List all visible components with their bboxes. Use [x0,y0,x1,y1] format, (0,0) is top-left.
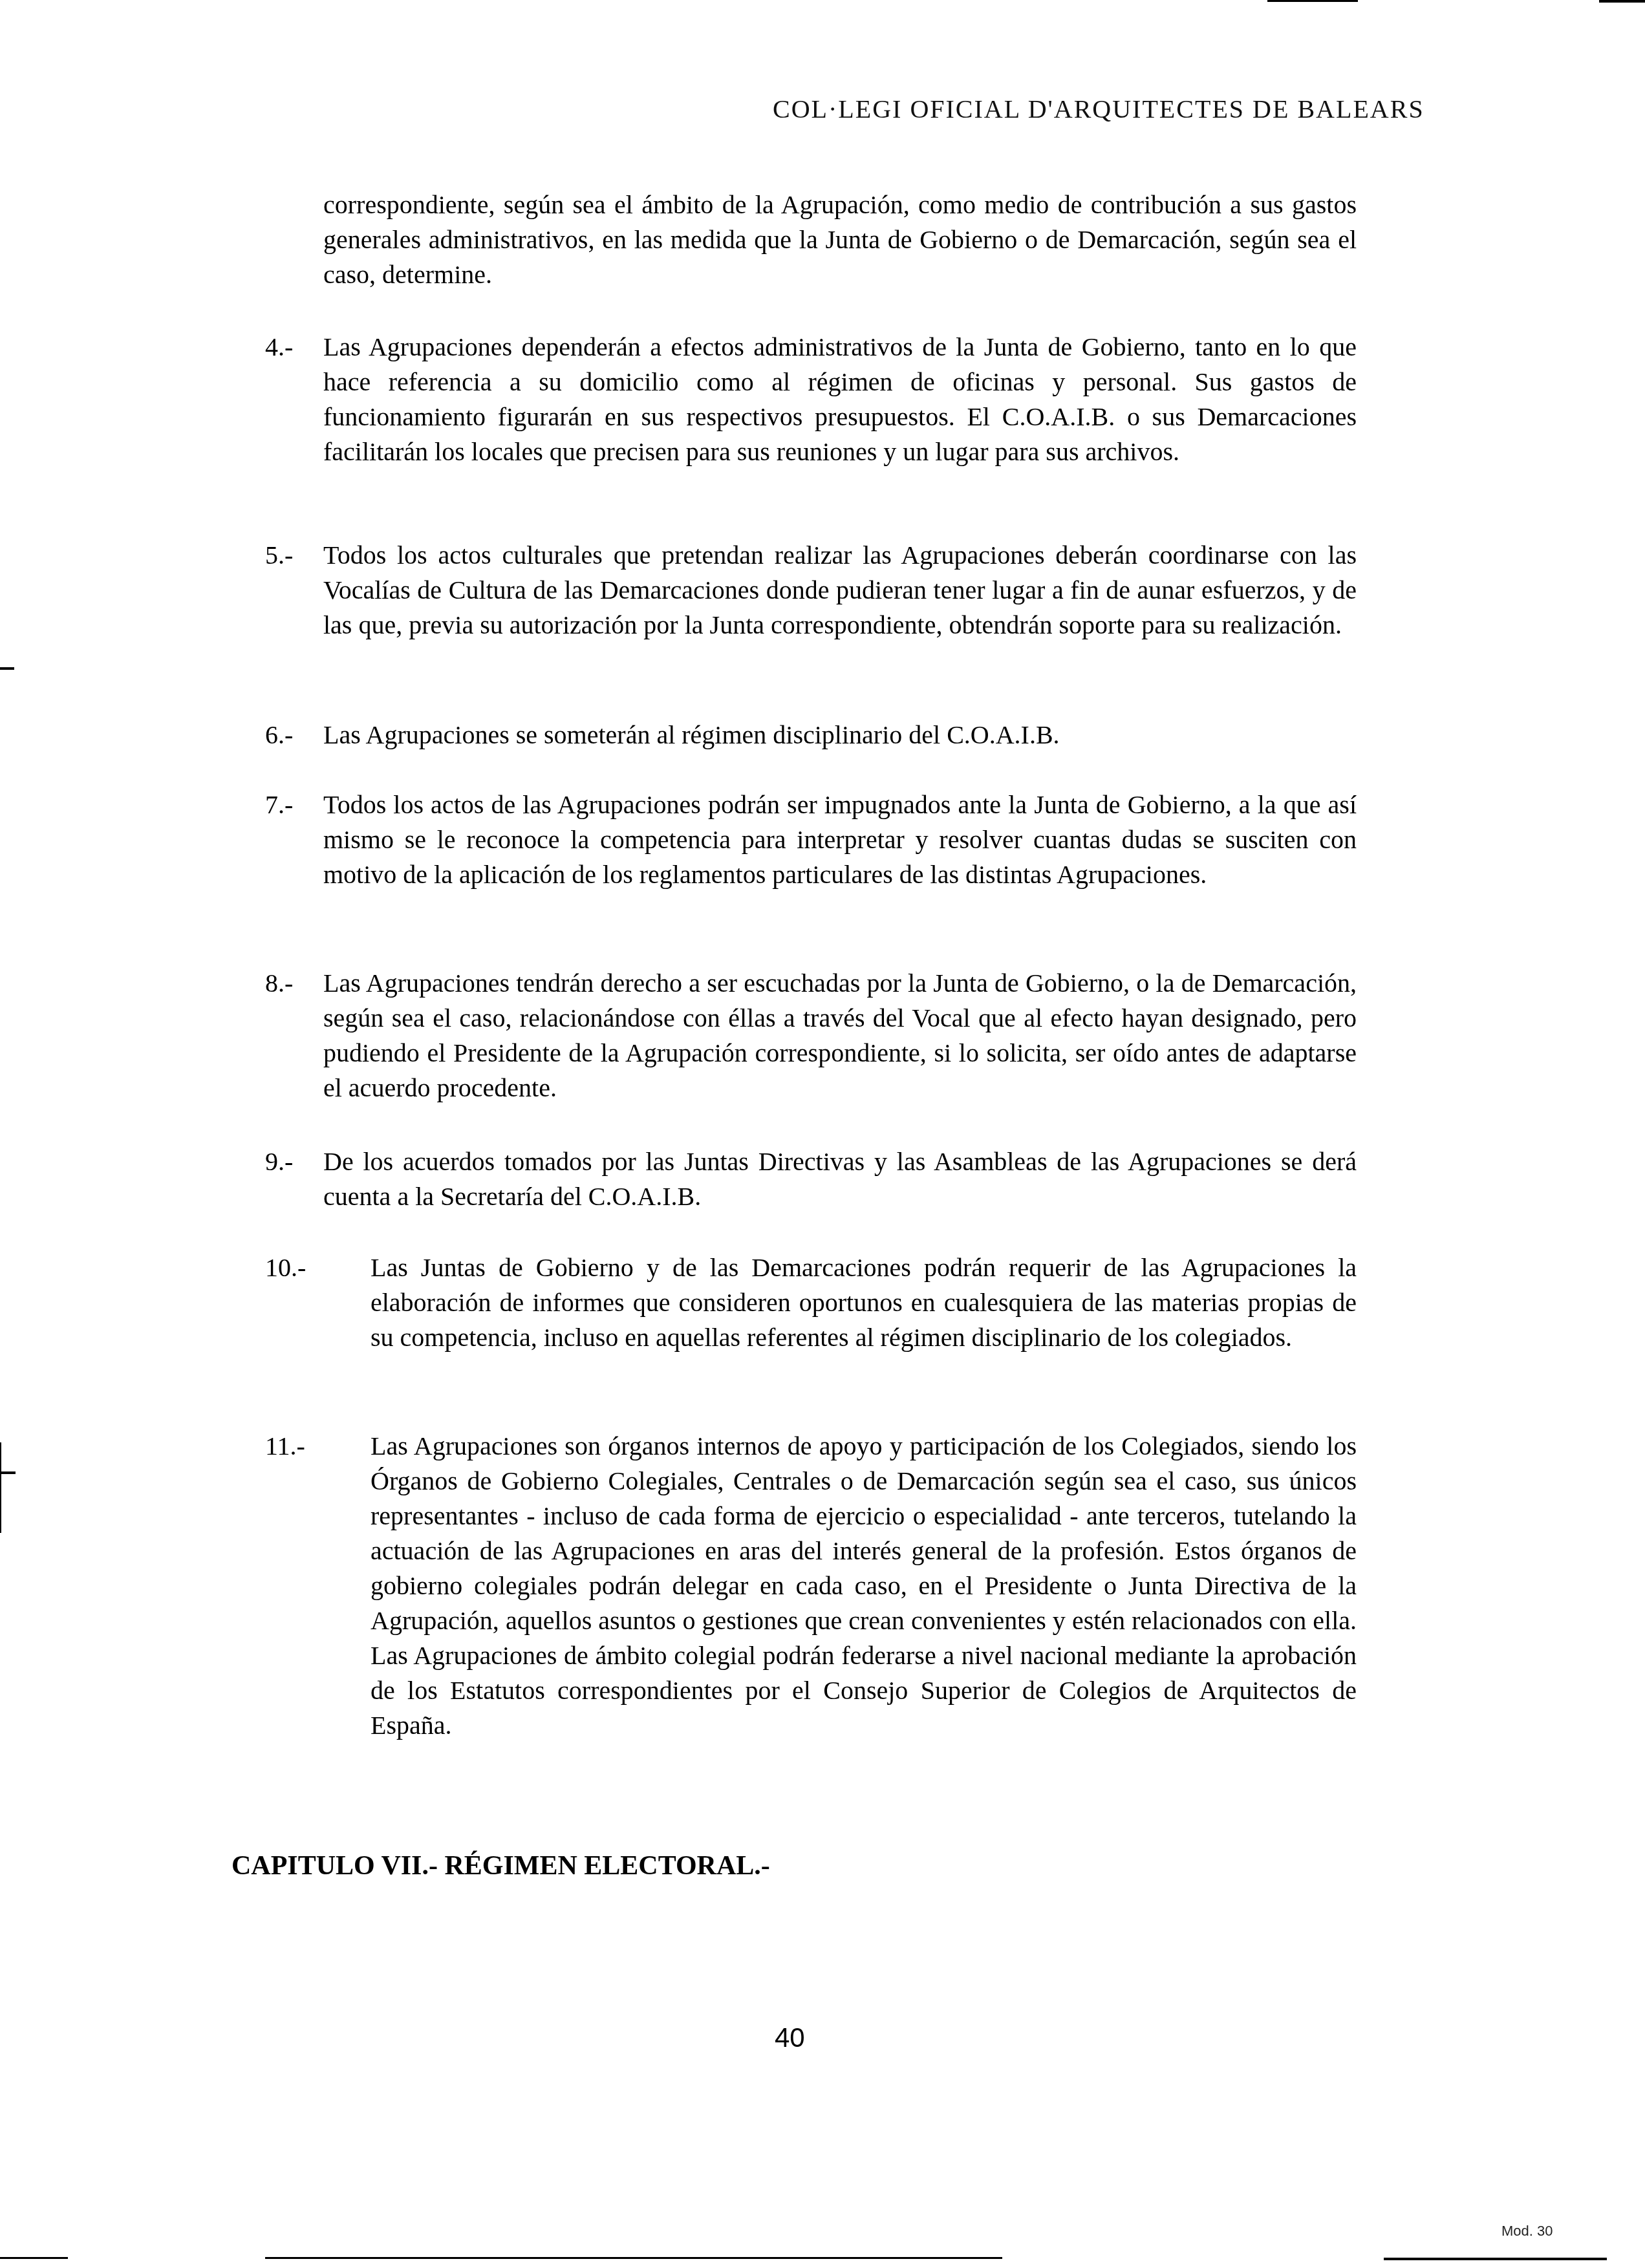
scan-artifact-left-tick [0,667,14,670]
list-item: 4.- Las Agrupaciones dependerán a efecto… [265,330,1357,469]
scan-artifact-top-line [1267,0,1358,2]
list-item: 9.- De los acuerdos tomados por las Junt… [265,1144,1357,1214]
item-text: De los acuerdos tomados por las Juntas D… [323,1144,1357,1214]
item-number: 8.- [265,966,293,1001]
list-item: 6.- Las Agrupaciones se someterán al rég… [265,718,1357,753]
scan-artifact-bottom-line-right [1384,2258,1607,2260]
list-item: 7.- Todos los actos de las Agrupaciones … [265,787,1357,892]
item-text: Las Juntas de Gobierno y de las Demarcac… [371,1250,1357,1355]
item-number: 7.- [265,787,293,822]
scan-artifact-top-right-bar [1599,0,1645,3]
item-number: 11.- [265,1429,305,1464]
item-text: Todos los actos de las Agrupaciones podr… [323,787,1357,892]
scan-artifact-left-tick-2 [0,1471,16,1474]
item-text: Las Agrupaciones dependerán a efectos ad… [323,330,1357,469]
item-text: Las Agrupaciones son órganos internos de… [371,1429,1357,1743]
continuation-paragraph: correspondiente, según sea el ámbito de … [323,187,1357,292]
item-number: 6.- [265,718,293,753]
item-text: Las Agrupaciones tendrán derecho a ser e… [323,966,1357,1106]
item-number: 5.- [265,538,293,573]
list-item: 8.- Las Agrupaciones tendrán derecho a s… [265,966,1357,1106]
list-item: 5.- Todos los actos culturales que prete… [265,538,1357,643]
scan-artifact-bottom-line-center [265,2257,1002,2259]
item-number: 9.- [265,1144,293,1179]
chapter-heading: CAPITULO VII.- RÉGIMEN ELECTORAL.- [231,1850,770,1881]
form-code: Mod. 30 [1501,2223,1553,2240]
institution-header: COL·LEGI OFICIAL D'ARQUITECTES DE BALEAR… [773,94,1425,124]
page-number: 40 [775,2022,805,2053]
list-item: 11.- Las Agrupaciones son órganos intern… [265,1429,1357,1743]
item-text: Todos los actos culturales que pretendan… [323,538,1357,643]
item-text: Las Agrupaciones se someterán al régimen… [323,718,1357,753]
list-item: 10.- Las Juntas de Gobierno y de las Dem… [265,1250,1357,1355]
scan-artifact-bottom-line-left [0,2257,68,2259]
scan-artifact-left-bracket [0,1442,1,1533]
item-number: 10.- [265,1250,306,1285]
item-number: 4.- [265,330,293,365]
